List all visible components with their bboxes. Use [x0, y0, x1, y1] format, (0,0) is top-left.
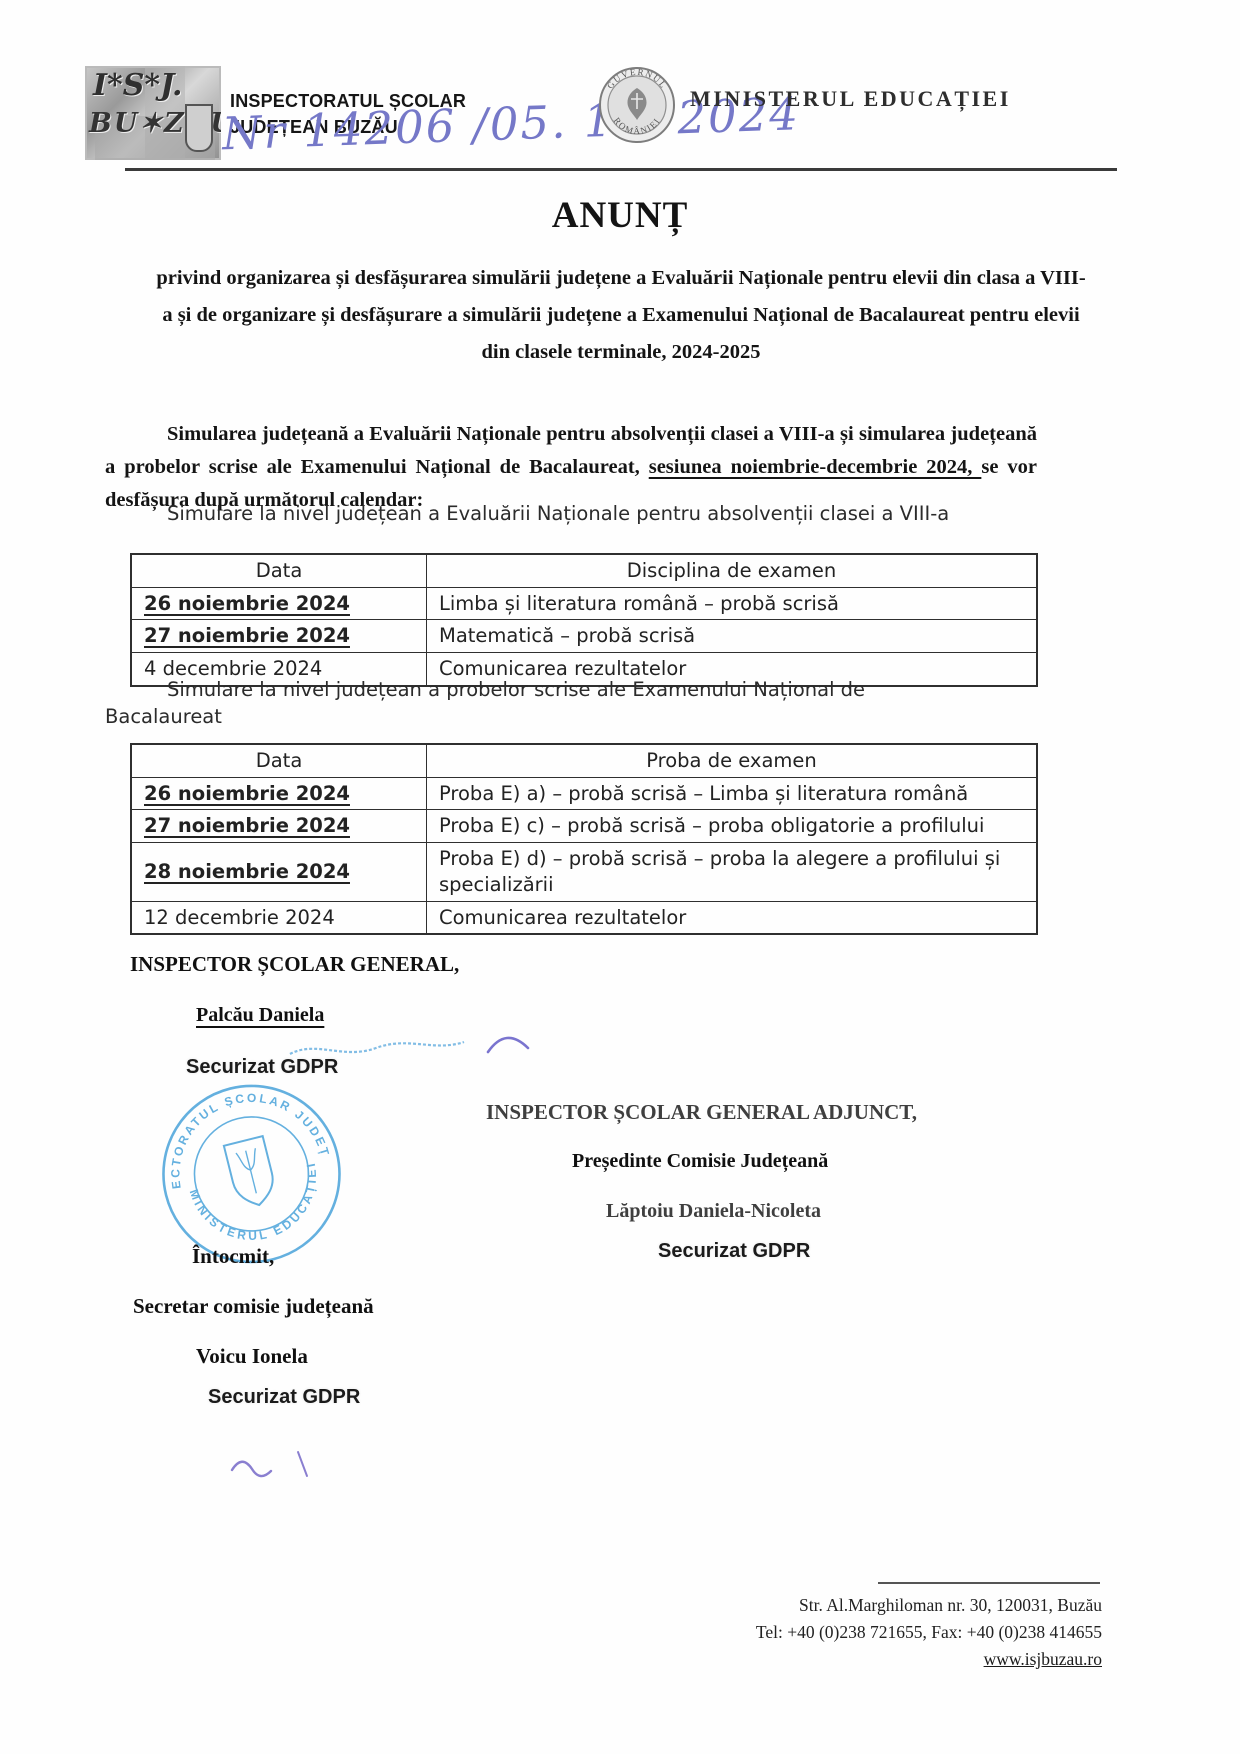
column-header: Disciplina de examen — [427, 554, 1038, 587]
table-row: 26 noiembrie 2024Proba E) a) – probă scr… — [131, 777, 1037, 810]
date-cell: 26 noiembrie 2024 — [131, 777, 427, 810]
table-header-row: DataProba de examen — [131, 744, 1037, 777]
secretary-subtitle: Secretar comisie județeană — [133, 1294, 374, 1319]
isj-buzau-logo: I*S*J. BU✶Z✶U — [85, 66, 221, 160]
footer-address: Str. Al.Marghiloman nr. 30, 120031, Buză… — [756, 1592, 1102, 1619]
gdpr-badge-adjunct: Securizat GDPR — [658, 1240, 810, 1263]
exam-cell: Comunicarea rezultatelor — [427, 901, 1038, 934]
intro-underlined-session: sesiunea noiembrie-decembrie 2024, — [649, 456, 982, 478]
date-cell: 28 noiembrie 2024 — [131, 843, 427, 901]
gdpr-badge-secretary: Securizat GDPR — [208, 1386, 360, 1409]
date-cell: 12 decembrie 2024 — [131, 901, 427, 934]
date-cell: 27 noiembrie 2024 — [131, 620, 427, 653]
table-row: 12 decembrie 2024Comunicarea rezultatelo… — [131, 901, 1037, 934]
intocmit-title: Întocmit, — [192, 1244, 274, 1269]
exam-cell: Proba E) a) – probă scrisă – Limba și li… — [427, 777, 1038, 810]
footer-divider — [878, 1582, 1100, 1584]
exam-cell: Limba și literatura română – probă scris… — [427, 587, 1038, 620]
header-divider — [125, 168, 1117, 171]
stamp-inner-text: MINISTERUL EDUCAȚIEI — [186, 1158, 333, 1257]
section2-caption: Simulare la nivel județean a probelor sc… — [105, 676, 955, 731]
logo-shield-icon — [185, 104, 213, 152]
page-title: ANUNȚ — [0, 194, 1240, 237]
section1-caption: Simulare la nivel județean a Evaluării N… — [105, 500, 1065, 527]
document-page: I*S*J. BU✶Z✶U INSPECTORATUL ȘCOLAR JUDEȚ… — [0, 0, 1240, 1754]
inspector-general-title: INSPECTOR ȘCOLAR GENERAL, — [130, 952, 459, 977]
bacalaureat-table: DataProba de examen 26 noiembrie 2024Pro… — [130, 743, 1038, 935]
footer-website-link[interactable]: www.isjbuzau.ro — [756, 1646, 1102, 1673]
ministry-name: MINISTERUL EDUCAȚIEI — [690, 86, 1011, 112]
logo-text-isj: I*S*J. — [93, 68, 182, 103]
exam-cell: Proba E) d) – probă scrisă – proba la al… — [427, 843, 1038, 901]
table-row: 27 noiembrie 2024Matematică – probă scri… — [131, 620, 1037, 653]
date-cell: 26 noiembrie 2024 — [131, 587, 427, 620]
column-header: Data — [131, 554, 427, 587]
romanian-government-seal-icon: GUVERNUL ROMÂNIEI — [598, 66, 676, 144]
date-cell: 27 noiembrie 2024 — [131, 810, 427, 843]
signature-scribble-icon — [226, 1444, 322, 1488]
exam-cell: Matematică – probă scrisă — [427, 620, 1038, 653]
table-row: 27 noiembrie 2024Proba E) c) – probă scr… — [131, 810, 1037, 843]
document-subtitle: privind organizarea și desfășurarea simu… — [152, 260, 1090, 371]
column-header: Proba de examen — [427, 744, 1038, 777]
column-header: Data — [131, 744, 427, 777]
footer-phone-fax: Tel: +40 (0)238 721655, Fax: +40 (0)238 … — [756, 1619, 1102, 1646]
inspector-adjunct-title: INSPECTOR ȘCOLAR GENERAL ADJUNCT, — [486, 1100, 917, 1125]
table-header-row: DataDisciplina de examen — [131, 554, 1037, 587]
adjunct-subtitle: Președinte Comisie Județeană — [572, 1150, 828, 1173]
exam-cell: Proba E) c) – probă scrisă – proba oblig… — [427, 810, 1038, 843]
footer-contact-block: Str. Al.Marghiloman nr. 30, 120031, Buză… — [756, 1592, 1102, 1673]
table-row: 28 noiembrie 2024Proba E) d) – probă scr… — [131, 843, 1037, 901]
svg-text:MINISTERUL EDUCAȚIEI: MINISTERUL EDUCAȚIEI — [186, 1158, 333, 1257]
table-row: 26 noiembrie 2024Limba și literatura rom… — [131, 587, 1037, 620]
adjunct-name: Lăptoiu Daniela-Nicoleta — [606, 1200, 821, 1223]
evaluare-nationala-table: DataDisciplina de examen 26 noiembrie 20… — [130, 553, 1038, 687]
secretary-name: Voicu Ionela — [196, 1344, 308, 1369]
